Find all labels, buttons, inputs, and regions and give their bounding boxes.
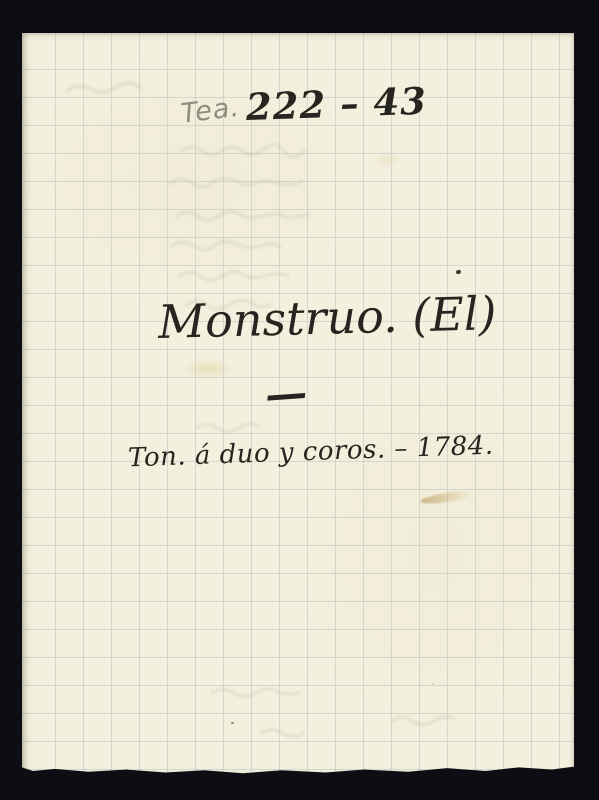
manuscript-page: Tea. 222 – 43 Monstruo. (El) — Ton. á du… <box>22 33 574 774</box>
shelfmark-number: 222 – 43 <box>245 79 427 129</box>
scan-background: { "document": { "shelfmark": { "prefix":… <box>0 0 599 800</box>
separator-dash: — <box>263 368 308 420</box>
shelfmark: Tea. 222 – 43 <box>179 79 427 132</box>
scan-frame: Tea. 222 – 43 Monstruo. (El) — Ton. á du… <box>0 0 599 800</box>
shelfmark-prefix: Tea. <box>179 92 241 130</box>
title-line: Monstruo. (El) <box>157 287 468 349</box>
